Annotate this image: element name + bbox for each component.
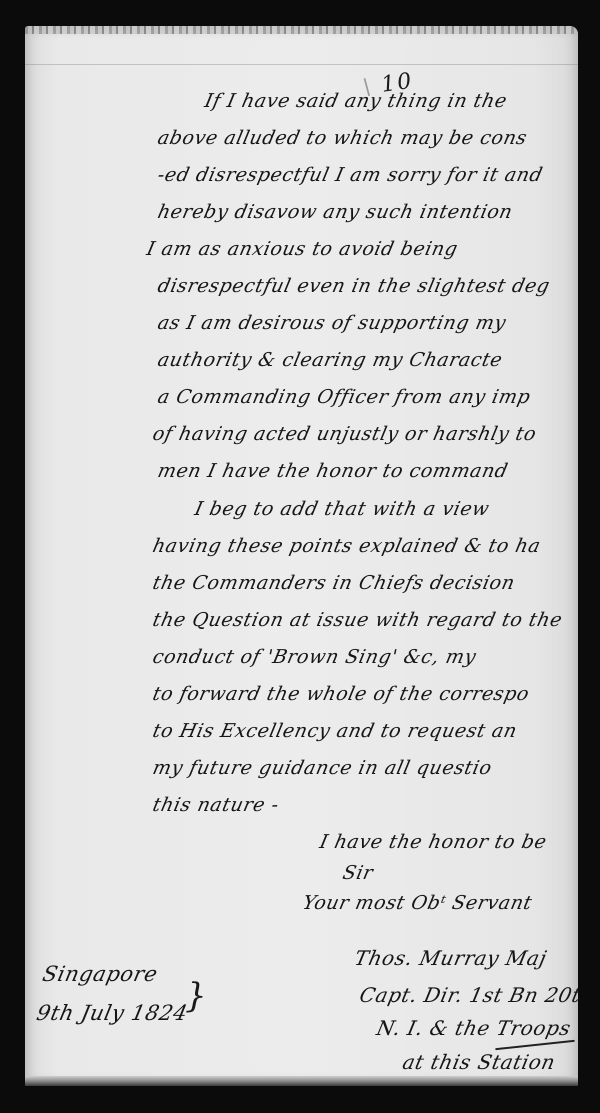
letter-line: disrespectful even in the slightest deg bbox=[156, 275, 552, 297]
paper-fold-line bbox=[25, 64, 578, 65]
letter-line: hereby disavow any such intention bbox=[156, 201, 515, 223]
letter-line: above alluded to which may be cons bbox=[156, 127, 530, 149]
dateline-date: 9th July 1824 bbox=[34, 1001, 190, 1025]
letter-line: I beg to add that with a view bbox=[193, 498, 492, 520]
manuscript-page: \ 10 If I have said any thing in the abo… bbox=[25, 26, 578, 1086]
letter-line: a Commanding Officer from any imp bbox=[156, 386, 533, 408]
paper-torn-top-edge bbox=[25, 26, 578, 34]
closing-servant: Your most Obᵗ Servant bbox=[301, 892, 535, 914]
dateline-place: Singapore bbox=[40, 962, 160, 986]
signature-name: Thos. Murray Maj bbox=[352, 946, 549, 970]
letter-line: my future guidance in all questio bbox=[151, 757, 494, 779]
letter-line: to forward the whole of the correspo bbox=[151, 683, 532, 705]
letter-line: of having acted unjustly or harshly to bbox=[151, 423, 539, 445]
letter-line: conduct of 'Brown Sing' &c, my bbox=[151, 646, 479, 668]
signature-title: N. I. & the Troops bbox=[374, 1016, 573, 1040]
letter-line: this nature - bbox=[151, 794, 281, 816]
letter-line: If I have said any thing in the bbox=[203, 90, 510, 112]
letter-line: I am as anxious to avoid being bbox=[145, 238, 460, 260]
scan-background: \ 10 If I have said any thing in the abo… bbox=[0, 0, 600, 1113]
letter-line: authority & clearing my Characte bbox=[156, 349, 505, 371]
letter-line: the Commanders in Chiefs decision bbox=[151, 572, 517, 594]
closing-line: I have the honor to be bbox=[318, 831, 549, 853]
letter-line: -ed disrespectful I am sorry for it and bbox=[156, 164, 545, 186]
signature-title: Capt. Dir. 1st Bn 20th Reg bbox=[357, 983, 578, 1007]
letter-line: as I am desirous of supporting my bbox=[156, 312, 509, 334]
paper-bottom-edge bbox=[25, 1076, 578, 1086]
letter-line: having these points explained & to ha bbox=[151, 535, 543, 557]
closing-salutation: Sir bbox=[341, 862, 376, 884]
letter-line: to His Excellency and to request an bbox=[151, 720, 520, 742]
brace-mark: } bbox=[185, 976, 207, 1016]
letter-line: the Question at issue with regard to the bbox=[151, 609, 565, 631]
letter-line: men I have the honor to command bbox=[156, 460, 511, 482]
signature-flourish bbox=[495, 1040, 575, 1050]
signature-title: at this Station bbox=[400, 1050, 557, 1074]
